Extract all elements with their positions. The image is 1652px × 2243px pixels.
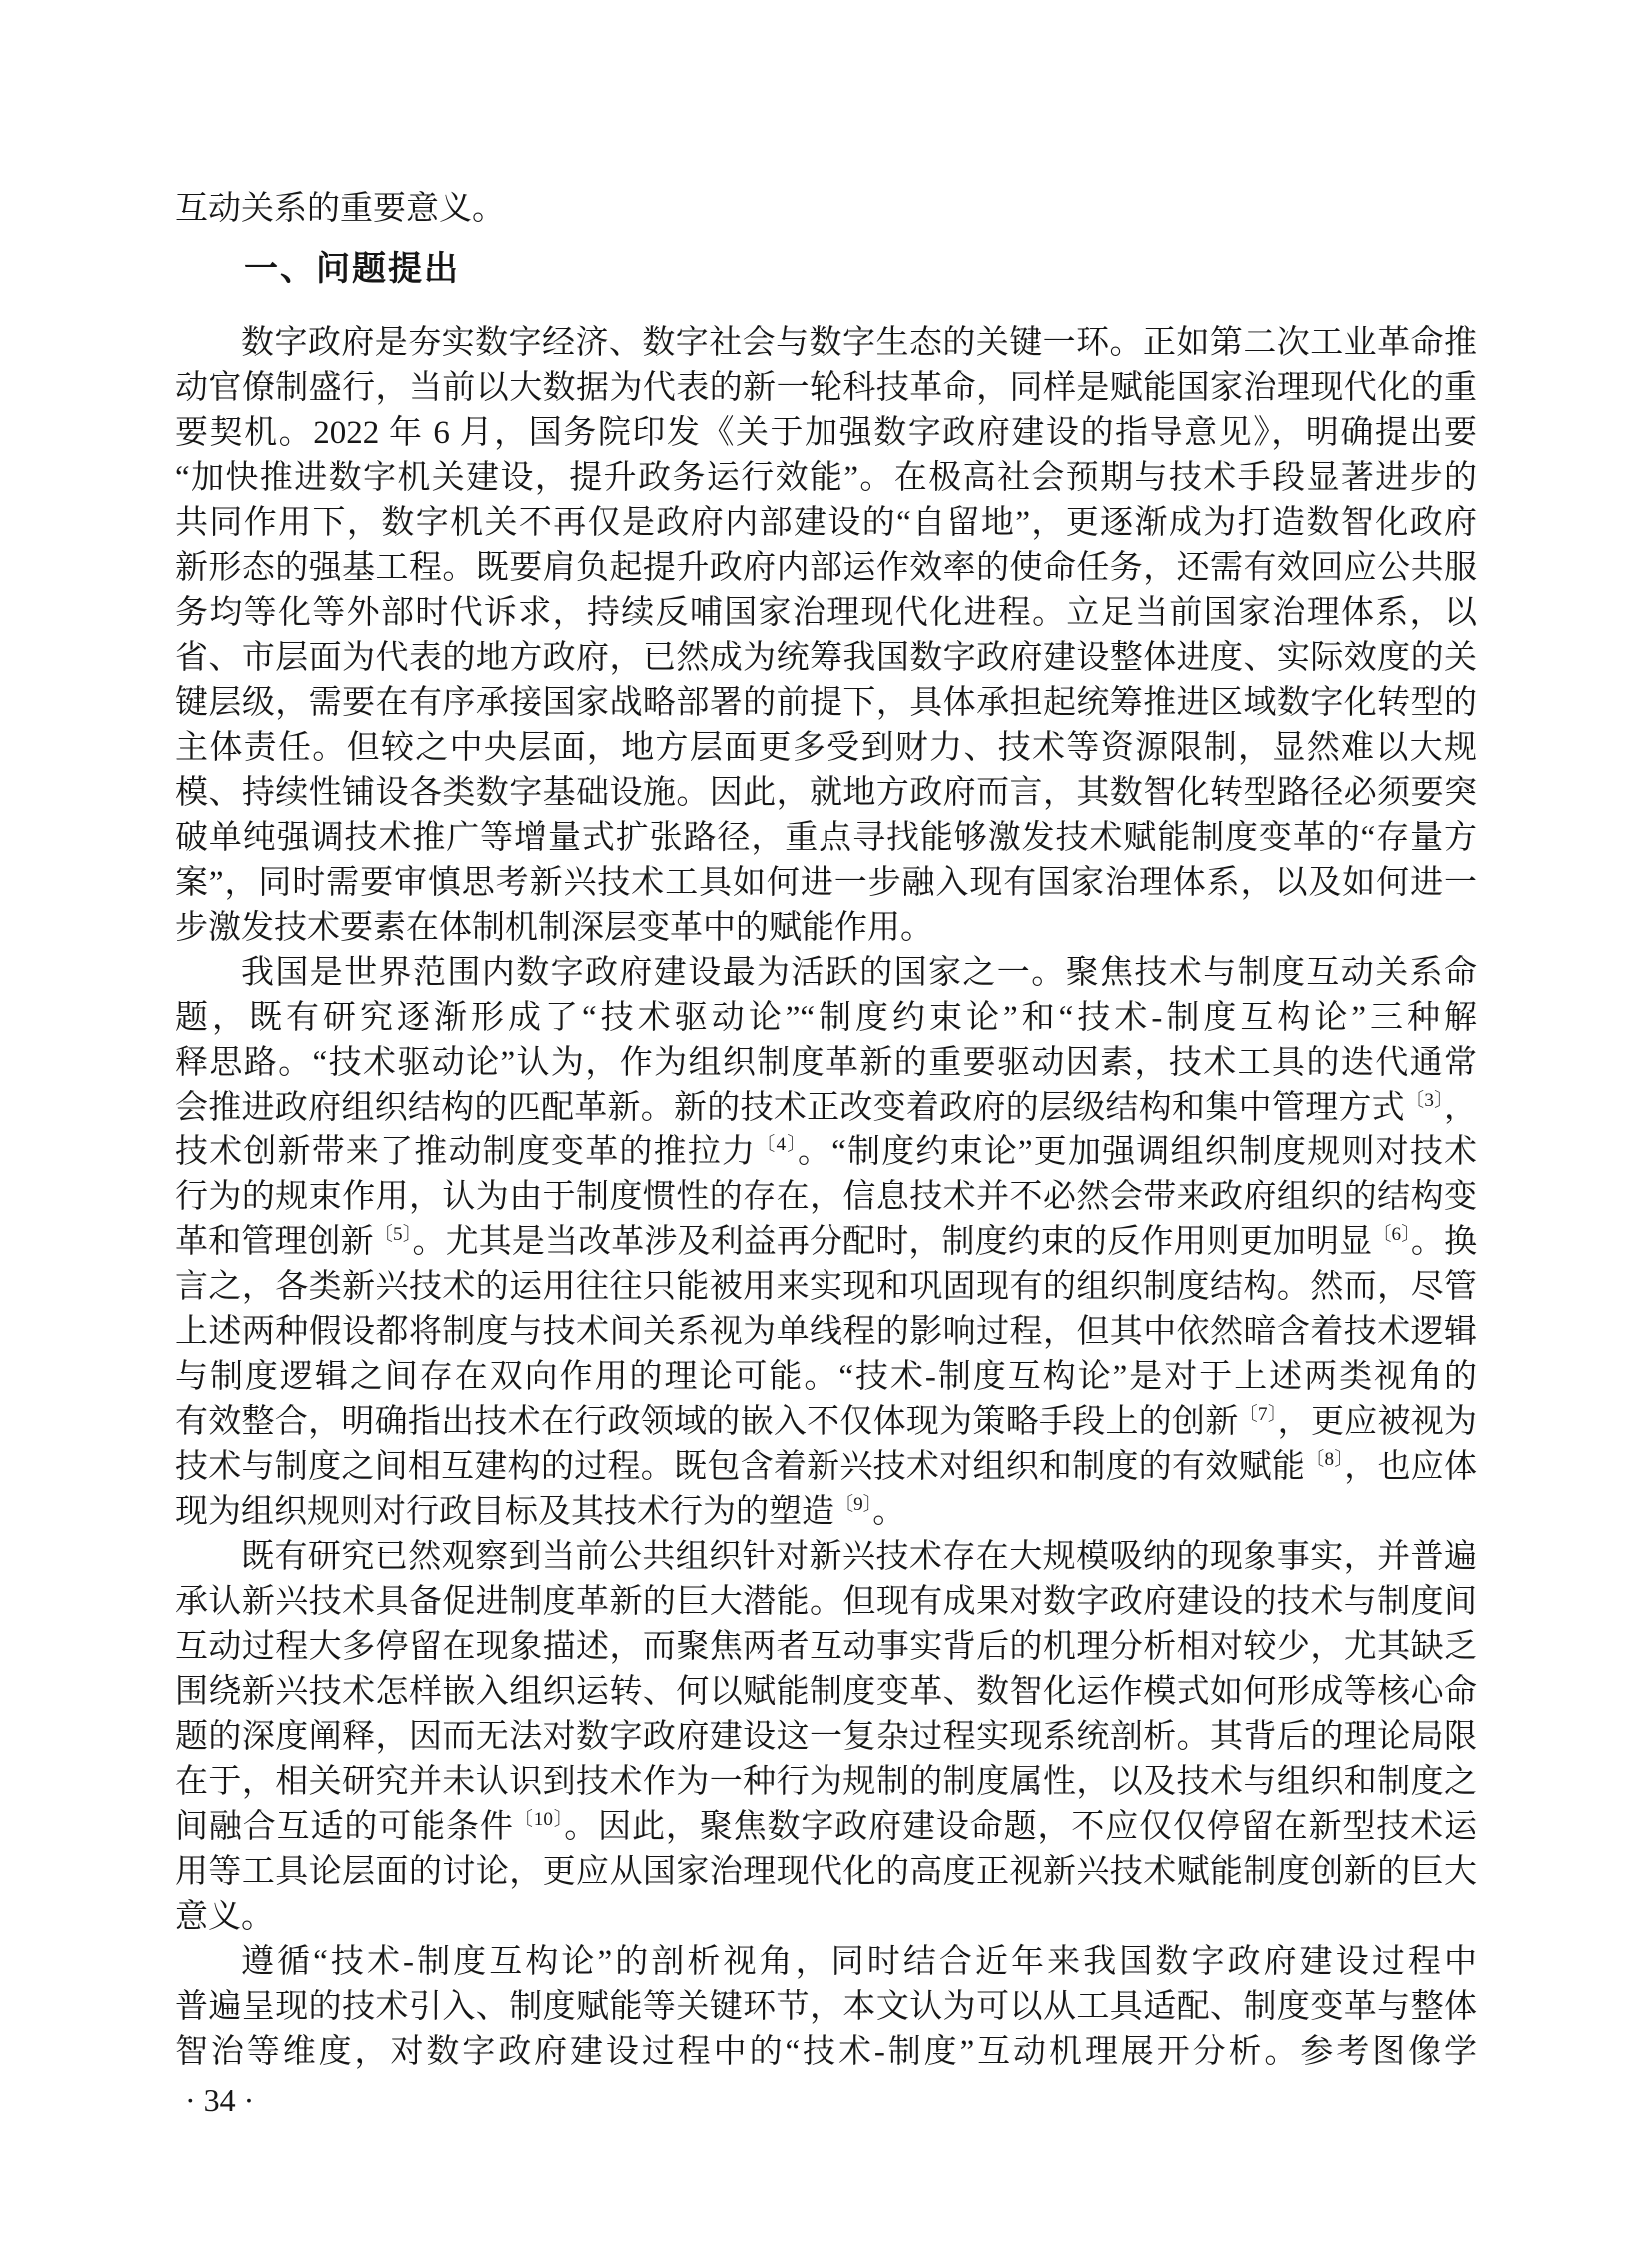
- text-line: 言之，各类新兴技术的运用往往只能被用来实现和巩固现有的组织制度结构。然而，尽管: [175, 1265, 1477, 1310]
- citation-superscript: 〔6〕: [1372, 1224, 1411, 1245]
- text-line: 既有研究已然观察到当前公共组织针对新兴技术存在大规模吸纳的现象事实，并普遍: [175, 1535, 1477, 1580]
- paragraph: 数字政府是夯实数字经济、数字社会与数字生态的关键一环。正如第二次工业革命推动官僚…: [175, 321, 1477, 951]
- text-line: 在于，相关研究并未认识到技术作为一种行为规制的制度属性，以及技术与组织和制度之: [175, 1760, 1477, 1805]
- text-line: 释思路。“技术驱动论”认为，作为组织制度革新的重要驱动因素，技术工具的迭代通常: [175, 1041, 1477, 1086]
- text-column: 互动关系的重要意义。 一、问题提出 数字政府是夯实数字经济、数字社会与数字生态的…: [175, 0, 1477, 2123]
- citation-superscript: 〔10〕: [514, 1809, 564, 1830]
- text-line: 主体责任。但较之中央层面，地方层面更多受到财力、技术等资源限制，显然难以大规: [175, 726, 1477, 771]
- document-page: 互动关系的重要意义。 一、问题提出 数字政府是夯实数字经济、数字社会与数字生态的…: [0, 0, 1652, 2243]
- paragraph: 既有研究已然观察到当前公共组织针对新兴技术存在大规模吸纳的现象事实，并普遍承认新…: [175, 1535, 1477, 1940]
- text-line: 技术与制度之间相互建构的过程。既包含着新兴技术对组织和制度的有效赋能〔8〕，也应…: [175, 1445, 1477, 1490]
- text-line: “加快推进数字机关建设，提升政务运行效能”。在极高社会预期与技术手段显著进步的: [175, 456, 1477, 501]
- text-line: 数字政府是夯实数字经济、数字社会与数字生态的关键一环。正如第二次工业革命推: [175, 321, 1477, 366]
- paragraph: 遵循“技术-制度互构论”的剖析视角，同时结合近年来我国数字政府建设过程中普遍呈现…: [175, 1940, 1477, 2075]
- text-line: 题，既有研究逐渐形成了“技术驱动论”“制度约束论”和“技术-制度互构论”三种解: [175, 996, 1477, 1041]
- text-line: 现为组织规则对行政目标及其技术行为的塑造〔9〕。: [175, 1490, 1477, 1535]
- citation-superscript: 〔9〕: [834, 1494, 872, 1515]
- text-line: 围绕新兴技术怎样嵌入组织运转、何以赋能制度变革、数智化运作模式如何形成等核心命: [175, 1670, 1477, 1715]
- text-line: 间融合互适的可能条件〔10〕。因此，聚焦数字政府建设命题，不应仅仅停留在新型技术…: [175, 1805, 1477, 1850]
- paragraph: 我国是世界范围内数字政府建设最为活跃的国家之一。聚焦技术与制度互动关系命题，既有…: [175, 951, 1477, 1535]
- citation-superscript: 〔4〕: [756, 1134, 798, 1155]
- text-line: 新形态的强基工程。既要肩负起提升政府内部运作效率的使命任务，还需有效回应公共服: [175, 546, 1477, 591]
- text-line: 键层级，需要在有序承接国家战略部署的前提下，具体承担起统筹推进区域数字化转型的: [175, 681, 1477, 726]
- citation-superscript: 〔5〕: [374, 1224, 413, 1245]
- text-line: 破单纯强调技术推广等增量式扩张路径，重点寻找能够激发技术赋能制度变革的“存量方: [175, 816, 1477, 861]
- text-line: 有效整合，明确指出技术在行政领域的嵌入不仅体现为策略手段上的创新〔7〕，更应被视…: [175, 1400, 1477, 1445]
- text-line: 步激发技术要素在体制机制深层变革中的赋能作用。: [175, 906, 1477, 951]
- text-line: 互动过程大多停留在现象描述，而聚焦两者互动事实背后的机理分析相对较少，尤其缺乏: [175, 1625, 1477, 1670]
- section-heading: 一、问题提出: [175, 247, 1477, 292]
- text-line: 革和管理创新〔5〕。尤其是当改革涉及利益再分配时，制度约束的反作用则更加明显〔6…: [175, 1220, 1477, 1265]
- text-line: 与制度逻辑之间存在双向作用的理论可能。“技术-制度互构论”是对于上述两类视角的: [175, 1355, 1477, 1400]
- text-line: 案”，同时需要审慎思考新兴技术工具如何进一步融入现有国家治理体系，以及如何进一: [175, 861, 1477, 906]
- text-line: 模、持续性铺设各类数字基础设施。因此，就地方政府而言，其数智化转型路径必须要突: [175, 771, 1477, 816]
- text-line: 动官僚制盛行，当前以大数据为代表的新一轮科技革命，同样是赋能国家治理现代化的重: [175, 366, 1477, 411]
- text-line: 智治等维度，对数字政府建设过程中的“技术-制度”互动机理展开分析。参考图像学: [175, 2030, 1477, 2075]
- citation-superscript: 〔7〕: [1239, 1404, 1278, 1425]
- text-line: 上述两种假设都将制度与技术间关系视为单线程的影响过程，但其中依然暗含着技术逻辑: [175, 1310, 1477, 1355]
- text-line: 我国是世界范围内数字政府建设最为活跃的国家之一。聚焦技术与制度互动关系命: [175, 951, 1477, 996]
- text-line: 题的深度阐释，因而无法对数字政府建设这一复杂过程实现系统剖析。其背后的理论局限: [175, 1715, 1477, 1760]
- text-line: 会推进政府组织结构的匹配革新。新的技术正改变着政府的层级结构和集中管理方式〔3〕…: [175, 1086, 1477, 1130]
- text-line: 务均等化等外部时代诉求，持续反哺国家治理现代化进程。立足当前国家治理体系，以: [175, 591, 1477, 636]
- text-line: 遵循“技术-制度互构论”的剖析视角，同时结合近年来我国数字政府建设过程中: [175, 1940, 1477, 1985]
- text-line: 承认新兴技术具备促进制度革新的巨大潜能。但现有成果对数字政府建设的技术与制度间: [175, 1580, 1477, 1625]
- text-line: 意义。: [175, 1895, 1477, 1940]
- text-line: 用等工具论层面的讨论，更应从国家治理现代化的高度正视新兴技术赋能制度创新的巨大: [175, 1850, 1477, 1895]
- citation-superscript: 〔3〕: [1405, 1090, 1444, 1111]
- article-body: 数字政府是夯实数字经济、数字社会与数字生态的关键一环。正如第二次工业革命推动官僚…: [175, 321, 1477, 2075]
- text-line: 行为的规束作用，认为由于制度惯性的存在，信息技术并不必然会带来政府组织的结构变: [175, 1175, 1477, 1220]
- text-line: 省、市层面为代表的地方政府，已然成为统筹我国数字政府建设整体进度、实际效度的关: [175, 636, 1477, 681]
- continued-paragraph-line: 互动关系的重要意义。: [175, 187, 1477, 232]
- text-line: 普遍呈现的技术引入、制度赋能等关键环节，本文认为可以从工具适配、制度变革与整体: [175, 1985, 1477, 2030]
- page-number: · 34 ·: [175, 2078, 1477, 2123]
- text-line: 共同作用下，数字机关不再仅是政府内部建设的“自留地”，更逐渐成为打造数智化政府: [175, 501, 1477, 546]
- text-line: 技术创新带来了推动制度变革的推拉力〔4〕。“制度约束论”更加强调组织制度规则对技…: [175, 1130, 1477, 1175]
- citation-superscript: 〔8〕: [1305, 1449, 1344, 1470]
- text-line: 要契机。2022 年 6 月，国务院印发《关于加强数字政府建设的指导意见》，明确…: [175, 411, 1477, 456]
